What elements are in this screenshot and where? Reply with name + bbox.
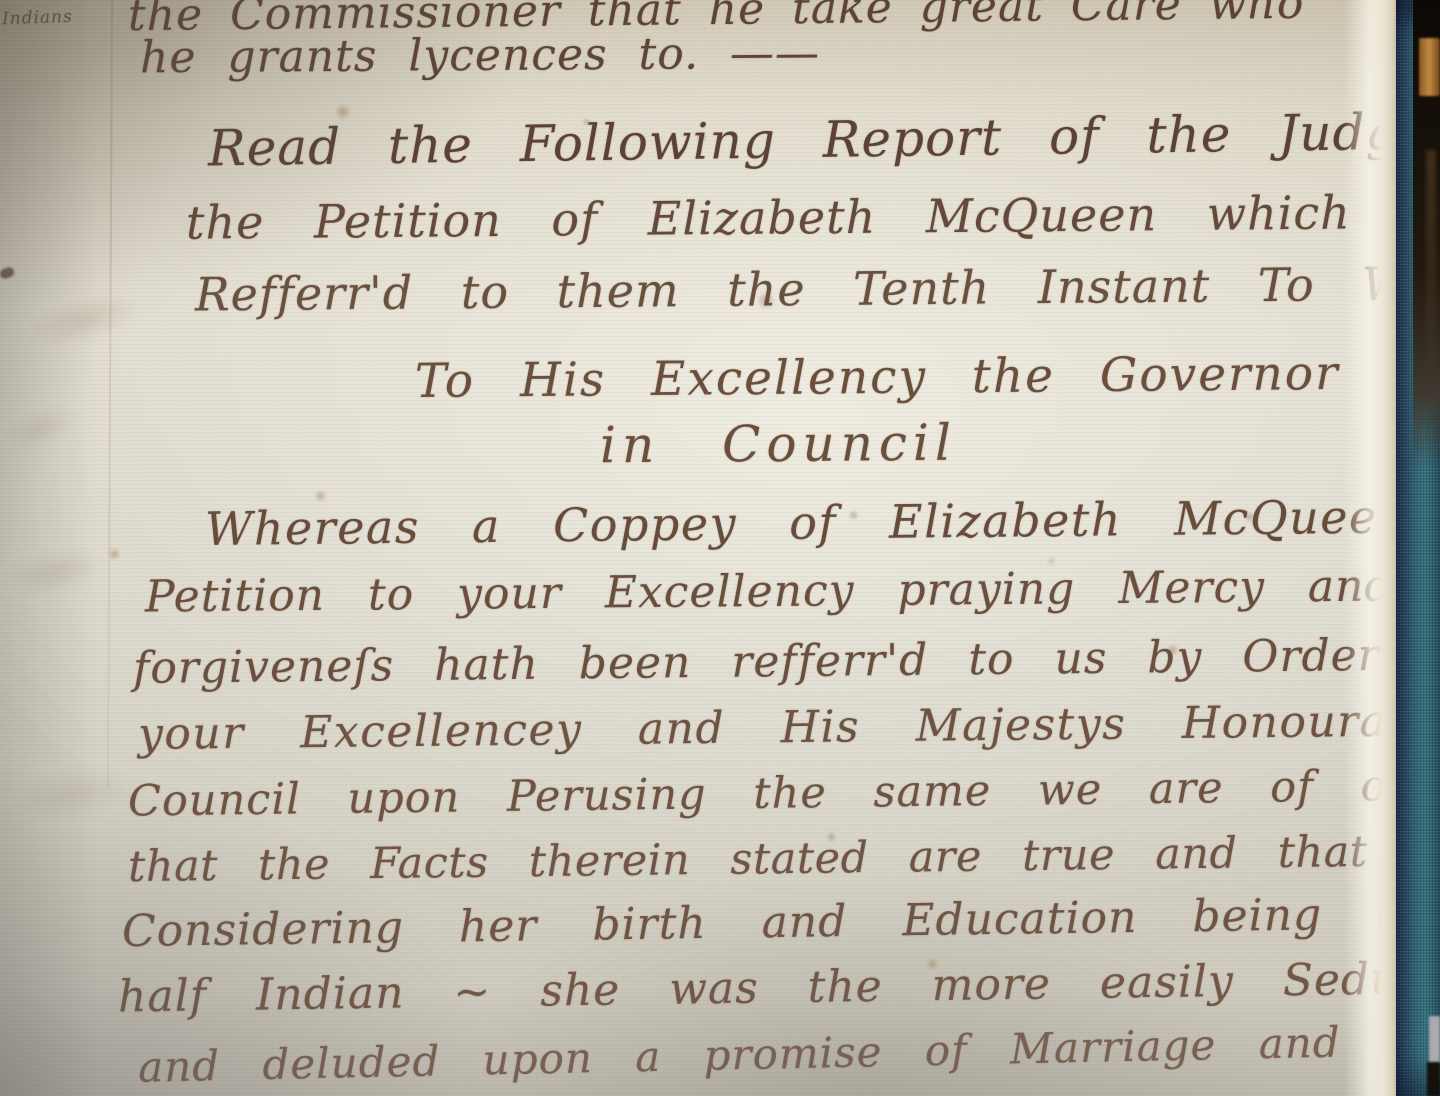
manuscript-line-10: forgiveneſs hath been refferr'd to us by… bbox=[133, 629, 1440, 694]
background-gap bbox=[1429, 1016, 1440, 1064]
manuscript-photo: Indians the Commissioner that he take gr… bbox=[0, 0, 1440, 1096]
manuscript-line-14: Considering her birth and Education bein… bbox=[122, 888, 1434, 957]
manuscript-line-6: To His Excellency the Governor bbox=[415, 346, 1340, 409]
manuscript-line-5: Refferr'd to them the Tenth Instant To W… bbox=[195, 257, 1440, 322]
manuscript-line-3: Read the Following Report of the Judges … bbox=[208, 101, 1440, 178]
background-shadow bbox=[1427, 1062, 1440, 1096]
manuscript-line-15: half Indian ~ she was the more easily Se… bbox=[118, 952, 1440, 1022]
manuscript-line-9: Petition to your Excellency praying Merc… bbox=[145, 561, 1394, 623]
manuscript-line-13: that the Facts therein stated are true a… bbox=[128, 826, 1440, 892]
manuscript-line-7: in Council bbox=[600, 414, 957, 474]
manuscript-line-12: Council upon Perusing the same we are of… bbox=[128, 759, 1440, 826]
ink-bleedthrough bbox=[11, 762, 137, 826]
page-edge bbox=[1344, 0, 1396, 1096]
ink-mark bbox=[0, 266, 15, 280]
ink-bleedthrough bbox=[22, 282, 150, 356]
manuscript-line-8: Whereas a Coppey of Elizabeth McQueens — bbox=[205, 488, 1440, 556]
manuscript-line-16: and deluded upon a promise of Marriage a… bbox=[138, 1013, 1440, 1091]
ink-bleedthrough bbox=[3, 544, 108, 601]
margin-rule-line bbox=[107, 0, 113, 789]
background-room bbox=[1413, 0, 1440, 468]
manuscript-line-11: your Excellencey and His Majestys Honour… bbox=[138, 695, 1440, 760]
background-furniture bbox=[1419, 38, 1440, 96]
background-furniture-leg bbox=[1426, 150, 1436, 390]
manuscript-line-4: the Petition of Elizabeth McQueen which … bbox=[186, 184, 1440, 249]
manuscript-line-2: he grants lycences to. —— bbox=[140, 28, 820, 84]
manuscript-page: Indians the Commissioner that he take gr… bbox=[0, 0, 1396, 1096]
ink-bleedthrough bbox=[0, 400, 83, 457]
margin-note: Indians bbox=[2, 7, 73, 29]
